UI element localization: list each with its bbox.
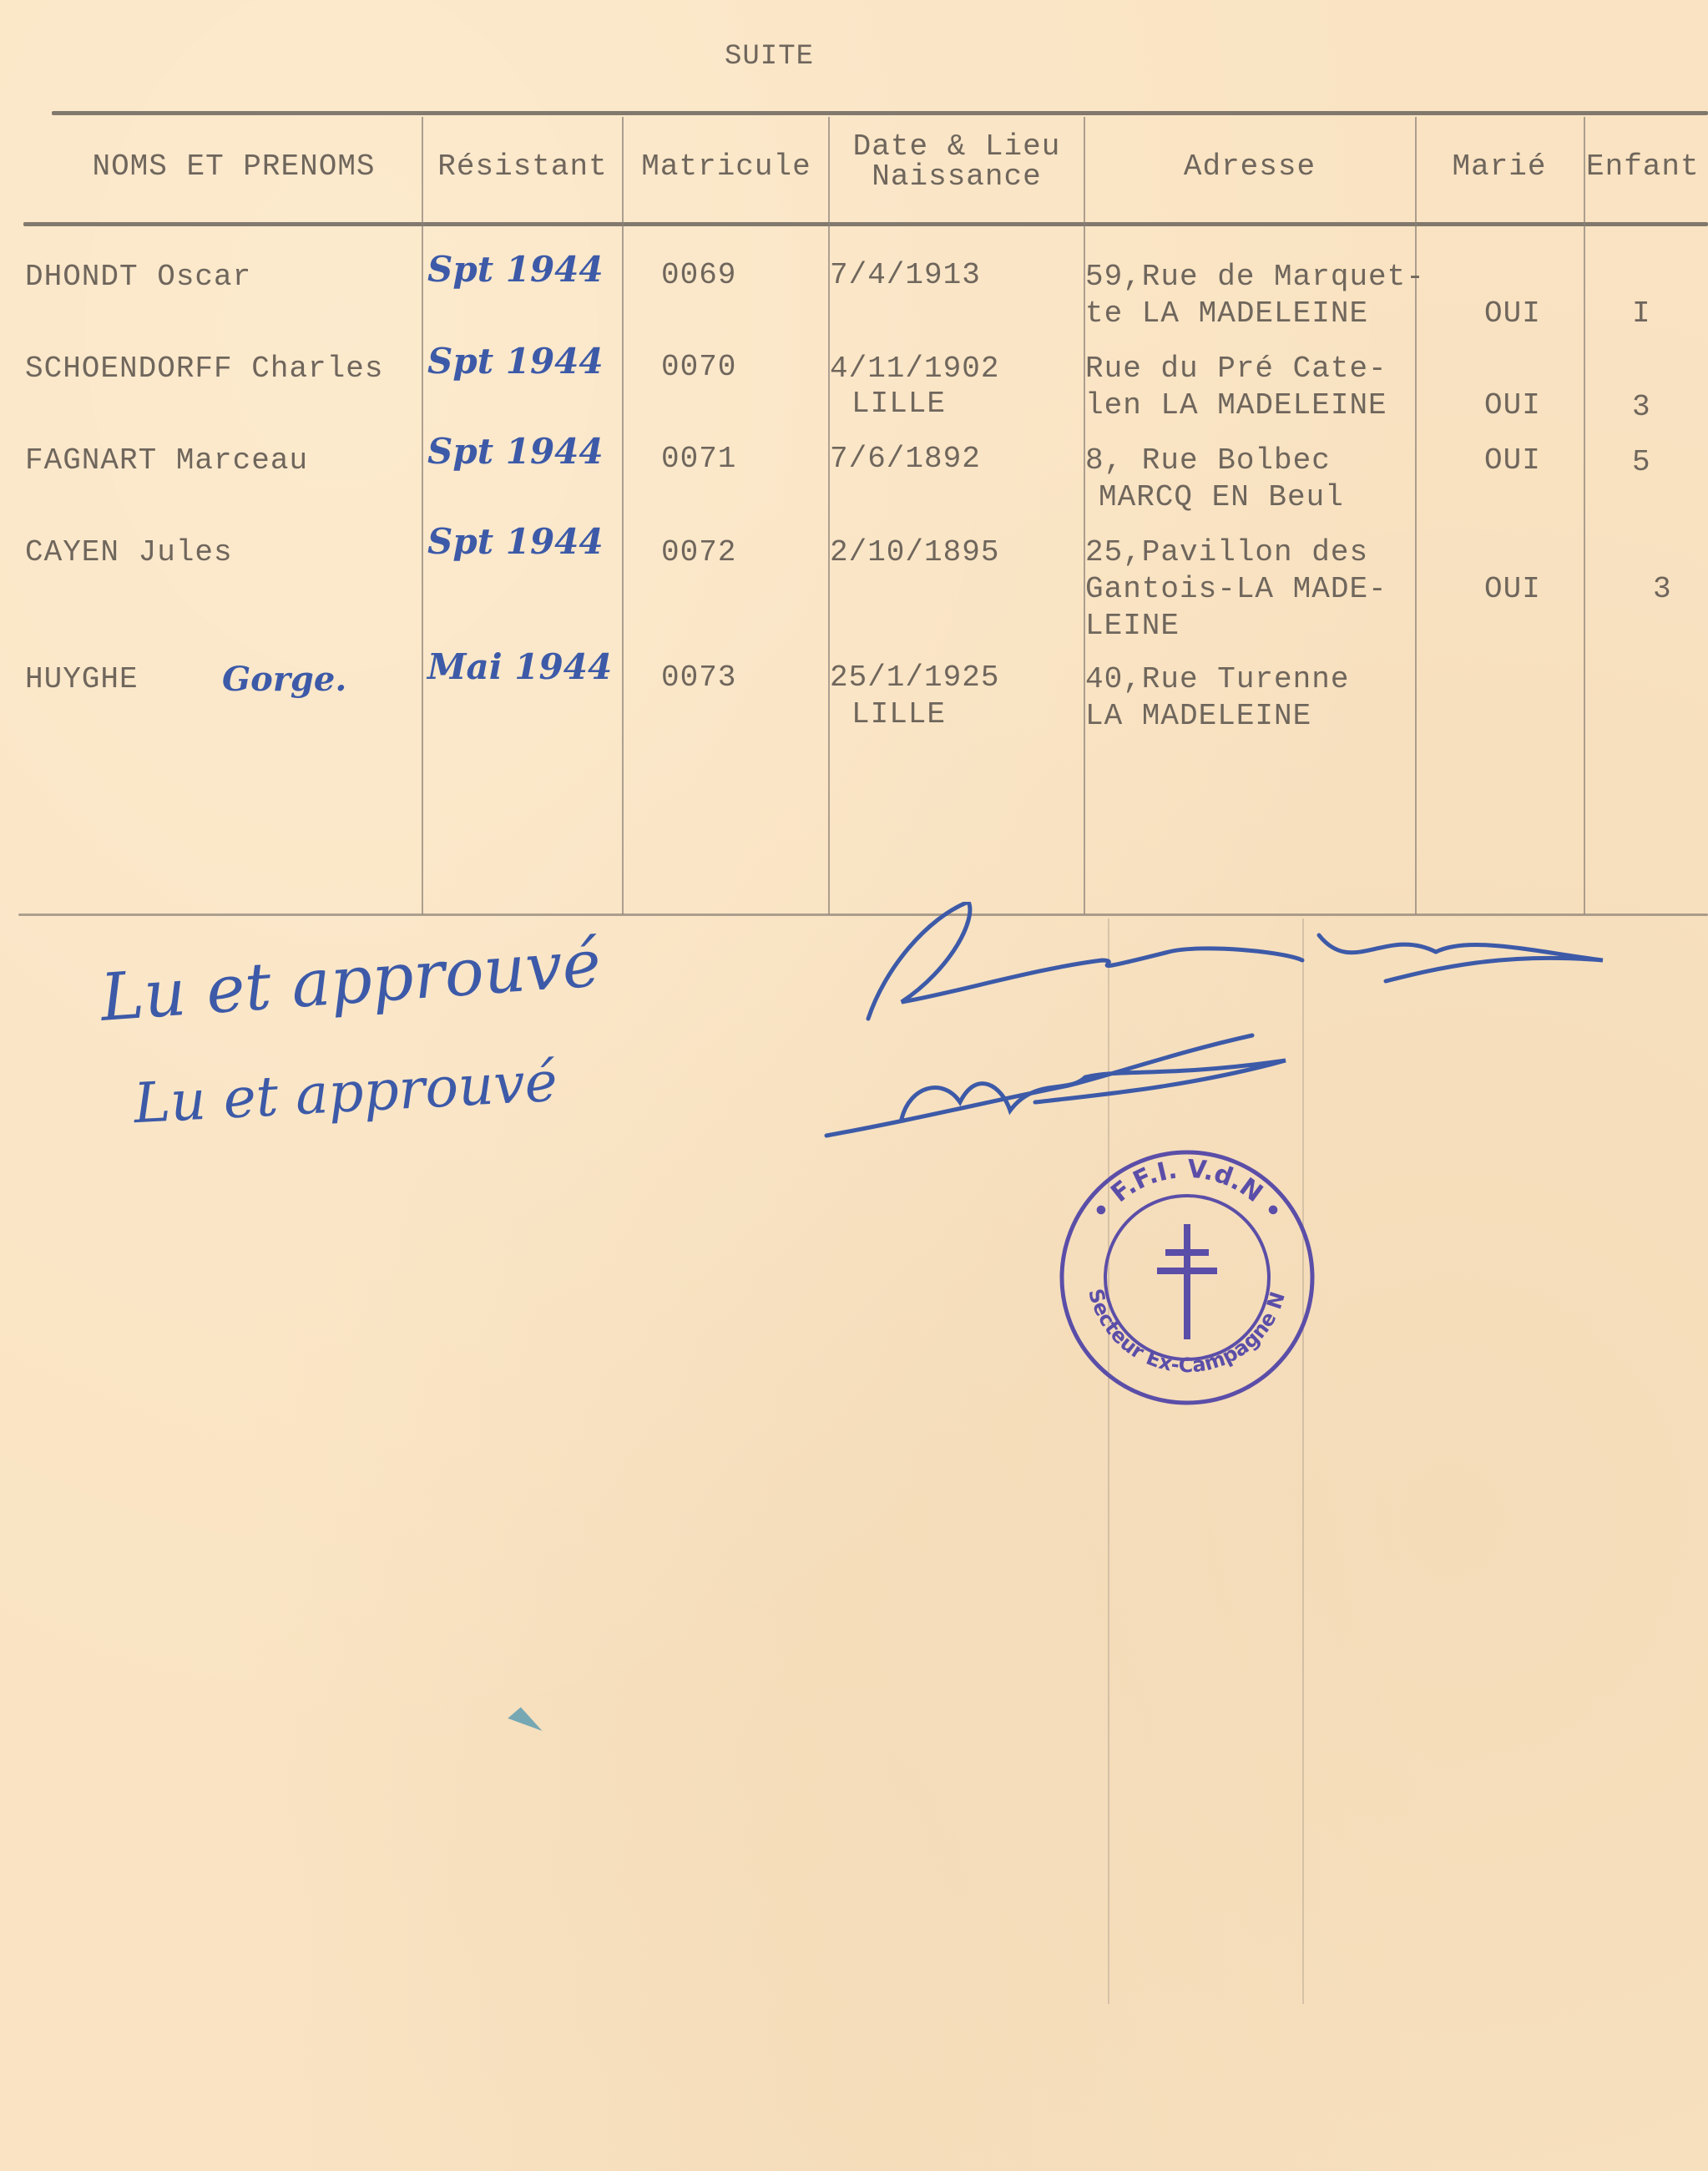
- page-title: SUITE: [725, 38, 814, 75]
- row-address-line3: LEINE: [1085, 608, 1180, 645]
- approval-text-2: Lu et approuvé: [132, 1050, 558, 1136]
- column-header-marie: Marié: [1417, 150, 1581, 184]
- row-matricule: 0073: [661, 660, 736, 696]
- row-address-line2: MARCQ EN Beul: [1099, 479, 1344, 516]
- signature-1: [851, 902, 1636, 1035]
- column-divider: [1584, 117, 1585, 914]
- row-address-line1: Rue du Pré Cate-: [1085, 351, 1387, 387]
- column-header-enfant: Enfant: [1586, 150, 1708, 184]
- row-resistant-handwritten: Mai 1944: [427, 646, 612, 687]
- approval-text-1: Lu et approuvé: [99, 926, 604, 1036]
- column-divider: [622, 117, 624, 914]
- row-address-line2: Gantois-LA MADE-: [1085, 571, 1387, 608]
- row-address-line1: 40,Rue Turenne: [1085, 661, 1349, 698]
- row-birth-place: LILLE: [851, 386, 946, 423]
- row-name: FAGNART Marceau: [25, 443, 308, 479]
- row-resistant-handwritten: Spt 1944: [427, 249, 604, 290]
- row-address-line2: len LA MADELEINE: [1085, 387, 1387, 424]
- row-birth-place: LILLE: [851, 696, 946, 733]
- cross-of-lorraine-icon: [1160, 1227, 1214, 1336]
- stamp-seal-icon: • F.F.I. V.d.N • 3e Secteur Ex-Campagne …: [1054, 1144, 1321, 1411]
- row-name: HUYGHE: [25, 661, 139, 698]
- column-header-matricule: Matricule: [624, 150, 828, 184]
- row-matricule: 0070: [661, 349, 736, 386]
- row-name: CAYEN Jules: [25, 534, 233, 571]
- row-marie: OUI: [1484, 571, 1541, 608]
- svg-text:• F.F.I. V.d.N •: • F.F.I. V.d.N •: [1086, 1155, 1289, 1227]
- table-top-rule: [52, 111, 1708, 115]
- row-birth-date: 2/10/1895: [830, 534, 999, 571]
- column-header-resistant: Résistant: [424, 150, 621, 184]
- row-address-line1: 59,Rue de Marquet-: [1085, 259, 1425, 296]
- column-header-noms: NOMS ET PRENOMS: [67, 150, 401, 184]
- row-marie: OUI: [1484, 296, 1541, 332]
- column-divider: [1415, 117, 1417, 914]
- row-birth-date: 25/1/1925: [830, 660, 999, 696]
- ink-fleck: [508, 1704, 548, 1731]
- row-name-handwritten: Gorge.: [222, 660, 346, 699]
- row-matricule: 0072: [661, 534, 736, 571]
- column-header-adresse: Adresse: [1087, 150, 1412, 184]
- header-bottom-rule: [23, 222, 1708, 226]
- row-matricule: 0069: [661, 257, 736, 294]
- row-resistant-handwritten: Spt 1944: [427, 431, 604, 472]
- row-enfants: 3: [1632, 389, 1651, 426]
- column-divider: [828, 117, 830, 914]
- row-birth-date: 7/4/1913: [830, 257, 981, 294]
- column-divider: [422, 117, 423, 914]
- row-address-line1: 25,Pavillon des: [1085, 534, 1368, 571]
- row-address-line2: LA MADELEINE: [1085, 698, 1311, 735]
- row-enfants: 3: [1653, 571, 1672, 608]
- column-divider: [1084, 117, 1085, 914]
- signature-2: [818, 1027, 1319, 1161]
- column-header-date-lieu-naissance: Date & Lieu Naissance: [831, 132, 1082, 192]
- row-enfants: I: [1632, 296, 1651, 332]
- row-resistant-handwritten: Spt 1944: [427, 341, 604, 382]
- row-birth-date: 4/11/1902: [830, 351, 999, 387]
- row-matricule: 0071: [661, 441, 736, 478]
- row-marie: OUI: [1484, 443, 1541, 479]
- ffi-stamp: • F.F.I. V.d.N • 3e Secteur Ex-Campagne …: [1054, 1144, 1321, 1411]
- row-name: SCHOENDORFF Charles: [25, 351, 383, 387]
- row-address-line1: 8, Rue Bolbec: [1085, 443, 1331, 479]
- row-enfants: 5: [1632, 444, 1651, 481]
- row-name: DHONDT Oscar: [25, 259, 251, 296]
- row-resistant-handwritten: Spt 1944: [427, 521, 604, 562]
- row-address-line2: te LA MADELEINE: [1085, 296, 1368, 332]
- row-birth-date: 7/6/1892: [830, 441, 981, 478]
- row-marie: OUI: [1484, 387, 1541, 424]
- signature-2-scribble-icon: [818, 1027, 1319, 1161]
- signature-1-scribble-icon: [851, 902, 1636, 1035]
